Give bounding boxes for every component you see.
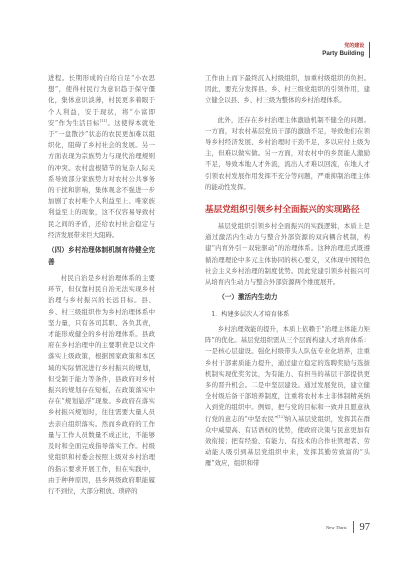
page-footer: New Thirst 97 (326, 520, 370, 534)
paragraph-text: 。这使得本就处于“一盘散沙”状态的农民更加难以组织化，阻碍了乡村社会的发展。另一… (48, 119, 155, 239)
page-number: 97 (360, 522, 371, 533)
section-label-en: Party Building (322, 50, 364, 58)
citation-ref: [11] (100, 119, 107, 123)
page-header: 党的建设 Party Building (322, 40, 370, 60)
journal-name: New Thirst (326, 525, 347, 530)
header-divider (369, 42, 370, 58)
footer-divider (353, 521, 354, 533)
body-paragraph: 乡村治理效能的提升，本质上依赖于“治理主体能力矩阵”的优化。基层党组织需从三个层… (205, 324, 370, 470)
section-title: 基层党组织引领乡村全面振兴的实现路径 (205, 203, 370, 217)
subheading: （一）激活内生动力 (205, 292, 370, 304)
citation-ref: [12] (277, 414, 284, 418)
body-paragraph: 此外，还存在乡村治理主体激励机制不健全的问题。一方面，对农村基层党员干部的激励不… (205, 115, 370, 193)
spacer (205, 107, 370, 115)
body-paragraph: 村民自治是乡村治理体系的主要环节，但仅靠村民自治无法实现乡村治理与乡村振兴的长远… (48, 273, 155, 497)
body-paragraph: 工作由上而下最终沉入村级组织，加重村级组织的负担。因此，要充分发挥县、乡、村三级… (205, 73, 370, 107)
left-column: 进程。长期形成的自给自足“小农思想”，使得村民行为意识趋于保守僵化，集体意识淡薄… (48, 73, 155, 497)
subheading: （四）乡村治理体制机制有待健全完善 (48, 245, 155, 268)
paragraph-text: 乡村治理效能的提升，本质上依赖于“治理主体能力矩阵”的优化。基层党组织需从三个层… (205, 325, 370, 423)
sub-subheading: 1．构建多层次人才培育体系 (205, 309, 370, 320)
section-label-cn: 党的建设 (322, 43, 364, 50)
body-paragraph: 基层党组织引领乡村全面振兴的实践逻辑，本质上是通过激活内生动力与整合外部资源的双… (205, 221, 370, 288)
right-column: 工作由上而下最终沉入村级组织，加重村级组织的负担。因此，要充分发挥县、乡、村三级… (205, 73, 370, 470)
body-paragraph: 进程。长期形成的自给自足“小农思想”，使得村民行为意识趋于保守僵化，集体意识淡薄… (48, 73, 155, 241)
section-label: 党的建设 Party Building (322, 43, 364, 58)
